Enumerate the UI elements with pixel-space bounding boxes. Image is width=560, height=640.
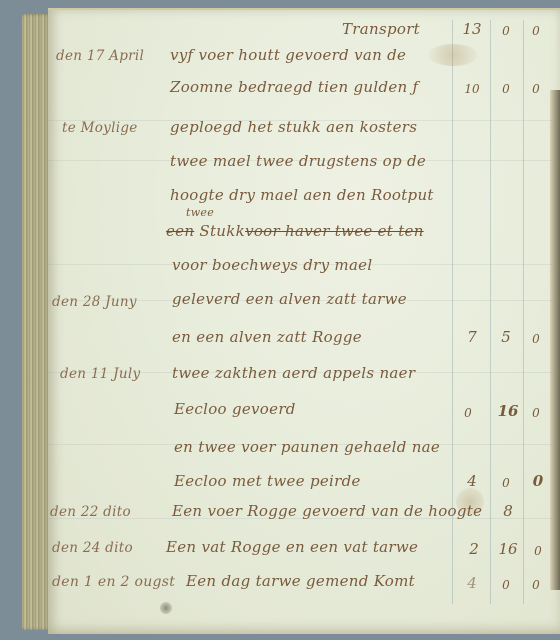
entry-line: voor boechweys dry mael (172, 256, 372, 274)
entry-line: twee zakthen aerd appels naer (172, 364, 415, 382)
entry-line: Eecloo gevoerd (174, 400, 296, 418)
amount-penningen: 0 (524, 578, 548, 592)
amount-guilders: 4 (460, 472, 484, 490)
amount-penningen: 0 (524, 82, 548, 96)
amount-guilders: 13 (460, 20, 484, 38)
amount-penningen: 0 (524, 24, 548, 38)
paper-stain (160, 602, 172, 614)
entry-line: en een alven zatt Rogge (172, 328, 362, 346)
struck-text: voor haver twee et ten (245, 222, 424, 240)
amount-penningen: 0 (526, 472, 550, 490)
entry-date: den 22 dito (50, 504, 131, 520)
insertion-above-line: twee (186, 206, 214, 219)
entry-line: vyf voer houtt gevoerd van de (170, 46, 406, 64)
amount-guilders: 0 (456, 406, 480, 420)
entry-line: geploegd het stukk aen kosters (170, 118, 417, 136)
amount-guilders: 10 (460, 82, 484, 96)
ledger-book: Transport 13 0 0 den 17 April vyf voer h… (22, 8, 560, 632)
struck-word: een (166, 222, 194, 240)
entry-line-text: Een voer Rogge gevoerd van de hoogte (172, 502, 482, 520)
entry-date: den 11 July (60, 366, 140, 382)
amount-guilders: 2 (462, 540, 486, 558)
entry-line: geleverd een alven zatt tarwe (172, 290, 407, 308)
amount-guilders: 4 (460, 574, 484, 592)
next-page-edge (550, 90, 560, 590)
entry-line: Eecloo met twee peirde (174, 472, 361, 490)
ledger-page: Transport 13 0 0 den 17 April vyf voer h… (48, 8, 560, 634)
amount-penningen: 0 (524, 406, 548, 420)
entry-date: den 1 en 2 ougst (52, 574, 175, 590)
entry-line: Een voer Rogge gevoerd van de hoogte (172, 502, 482, 520)
kept-word: Stukk (199, 222, 245, 240)
struck-line: een Stukkvoor haver twee et ten (166, 222, 424, 240)
amount-stuivers: 0 (494, 578, 518, 592)
amount-stuivers: 0 (494, 24, 518, 38)
entry-line: hoogte dry mael aen den Rootput (170, 186, 434, 204)
entry-date: te Moylige (62, 120, 138, 136)
amount-penningen: 0 (524, 332, 548, 346)
entry-date: den 24 dito (52, 540, 133, 556)
entry-line: Een dag tarwe gemend Komt (186, 572, 415, 590)
entry-date: den 17 April (56, 48, 144, 64)
transport-label: Transport (342, 20, 420, 38)
amount-stuivers: 16 (496, 402, 520, 420)
amount-stuivers: 8 (496, 502, 520, 520)
entry-line: Zoomne bedraegd tien gulden ƒ (170, 78, 418, 96)
amount-stuivers: 16 (496, 540, 520, 558)
amount-stuivers: 5 (494, 328, 518, 346)
amount-penningen: 0 (526, 544, 550, 558)
entry-line: Een vat Rogge en een vat tarwe (166, 538, 418, 556)
entry-date: den 28 Juny (52, 294, 137, 310)
amount-guilders: 7 (460, 328, 484, 346)
entry-line: en twee voer paunen gehaeld nae (174, 438, 440, 456)
column-rule-stuivers (490, 20, 491, 604)
paper-stain (428, 44, 478, 66)
amount-stuivers: 0 (494, 82, 518, 96)
amount-stuivers: 0 (494, 476, 518, 490)
entry-line: twee mael twee drugstens op de (170, 152, 426, 170)
column-rule-penningen (523, 20, 524, 604)
